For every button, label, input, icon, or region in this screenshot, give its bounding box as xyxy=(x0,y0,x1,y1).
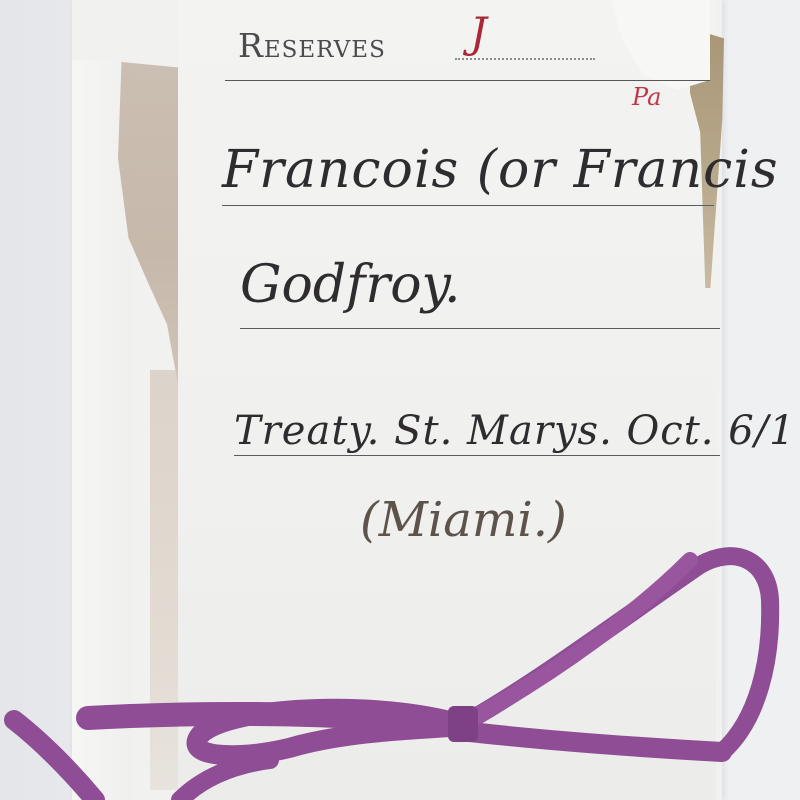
printed-header-title: Reserves xyxy=(238,26,386,65)
handwritten-tribe-line: (Miami.) xyxy=(360,492,567,548)
header-dotted-line xyxy=(455,58,595,60)
label-sheet xyxy=(178,0,716,800)
header-rule xyxy=(225,80,710,81)
ruled-line xyxy=(234,455,720,456)
handwritten-surname-line: Godfroy. xyxy=(240,255,461,315)
ruled-line xyxy=(222,205,714,206)
red-page-mark: Pa xyxy=(632,83,661,111)
handwritten-treaty-line: Treaty. St. Marys. Oct. 6/1 xyxy=(234,408,796,454)
red-ink-annotation: J xyxy=(470,8,487,57)
ruled-line xyxy=(240,328,720,329)
handwritten-name-line: Francois (or Francis xyxy=(222,140,779,200)
